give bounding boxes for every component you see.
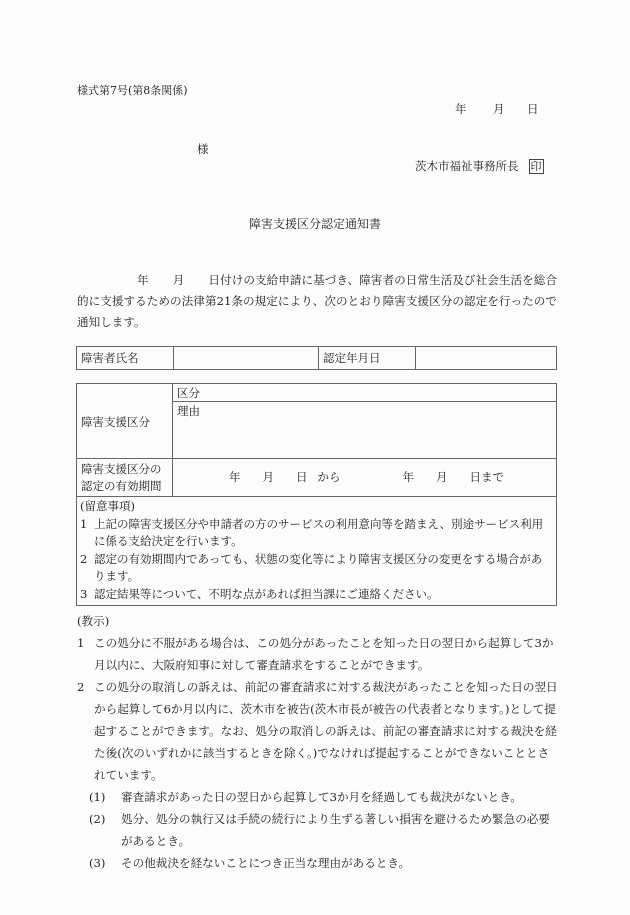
kubun-label: 区分 — [177, 386, 200, 400]
from-year: 年 — [229, 470, 241, 484]
subitem-text: 審査請求があった日の翌日から起算して3か月を経過しても裁決がないとき。 — [121, 790, 522, 804]
issue-date: 年月日 — [455, 104, 539, 116]
kubun-cell[interactable]: 区分 — [173, 384, 557, 402]
note-number: 1 — [80, 516, 94, 534]
instruction-item: 1この処分に不服がある場合は、この処分があったことを知った日の翌日から起算して3… — [77, 632, 559, 676]
subitem-number: (3) — [89, 852, 121, 874]
document-title: 障害支援区分認定通知書 — [0, 218, 630, 230]
notes-section: (留意事項) 1上記の障害支援区分や申請者の方のサービスの利用意向等を踏まえ、別… — [77, 497, 557, 606]
date-month: 月 — [493, 104, 527, 116]
category-label: 障害支援区分 — [77, 384, 173, 459]
intro-text: 日付けの支給申請に基づき、障害者の日常生活及び社会生活を総合的に支援するための法… — [77, 273, 557, 329]
date-year: 年 — [455, 104, 493, 116]
instruction-subitem: (1)審査請求があった日の翌日から起算して3か月を経過しても裁決がないとき。 — [77, 786, 559, 808]
note-item: 3認定結果等について、不明な点があれば担当課にご連絡ください。 — [80, 586, 553, 604]
name-value[interactable] — [174, 347, 319, 370]
intro-year: 年 — [137, 273, 149, 287]
instruction-text: この処分の取消しの訴えは、前記の審査請求に対する裁決があったことを知った日の翌日… — [94, 680, 558, 782]
intro-paragraph: 年月日付けの支給申請に基づき、障害者の日常生活及び社会生活を総合的に支援するため… — [77, 270, 557, 333]
instruction-text: この処分に不服がある場合は、この処分があったことを知った日の翌日から起算して3か… — [94, 636, 553, 672]
subitem-number: (2) — [89, 808, 121, 830]
note-text: 認定の有効期間内であっても、状態の変化等により障害支援区分の変更をする場合があり… — [94, 552, 542, 584]
reason-label: 理由 — [177, 404, 200, 418]
instruction-section: (教示) 1この処分に不服がある場合は、この処分があったことを知った日の翌日から… — [77, 610, 559, 874]
period-value[interactable]: 年月日から年月日まで — [173, 459, 557, 497]
support-category-table: 障害支援区分 区分 理由 障害支援区分の認定の有効期間 年月日から年月日まで (… — [76, 383, 557, 606]
certification-date-label: 認定年月日 — [319, 347, 416, 370]
from-word: から — [318, 470, 341, 484]
subitem-text: 処分、処分の執行又は手続の続行により生ずる著しい損害を避けるため緊急の必要がある… — [121, 812, 550, 848]
period-label: 障害支援区分の認定の有効期間 — [77, 459, 173, 497]
date-day: 日 — [527, 104, 539, 116]
to-year: 年 — [403, 470, 415, 484]
notes-title: (留意事項) — [80, 498, 553, 516]
note-text: 認定結果等について、不明な点があれば担当課にご連絡ください。 — [94, 587, 439, 601]
form-number: 様式第7号(第8条関係) — [77, 85, 188, 96]
instruction-subitem: (2)処分、処分の執行又は手続の続行により生ずる著しい損害を避けるため緊急の必要… — [77, 808, 559, 852]
from-day: 日 — [296, 470, 308, 484]
instruction-number: 1 — [77, 632, 94, 654]
note-item: 2認定の有効期間内であっても、状態の変化等により障害支援区分の変更をする場合があ… — [80, 551, 553, 586]
reason-cell[interactable]: 理由 — [173, 402, 557, 459]
applicant-table: 障害者氏名 認定年月日 — [76, 346, 557, 370]
issuer: 茨木市福祉事務所長印 — [415, 159, 544, 174]
period-label-line2: 認定の有効期間 — [81, 479, 162, 493]
name-label: 障害者氏名 — [77, 347, 174, 370]
note-text: 上記の障害支援区分や申請者の方のサービスの利用意向等を踏まえ、別途サービス利用に… — [94, 517, 543, 549]
seal-stamp-icon: 印 — [529, 159, 544, 174]
note-number: 3 — [80, 586, 94, 604]
period-label-line1: 障害支援区分の — [81, 462, 162, 476]
certification-date-value[interactable] — [416, 347, 557, 370]
instruction-number: 2 — [77, 676, 94, 698]
from-month: 月 — [263, 470, 275, 484]
subitem-text: その他裁決を経ないことにつき正当な理由があるとき。 — [121, 856, 410, 870]
note-number: 2 — [80, 551, 94, 569]
instruction-item: 2この処分の取消しの訴えは、前記の審査請求に対する裁決があったことを知った日の翌… — [77, 676, 559, 786]
subitem-number: (1) — [89, 786, 121, 808]
note-item: 1上記の障害支援区分や申請者の方のサービスの利用意向等を踏まえ、別途サービス利用… — [80, 516, 553, 551]
recipient-suffix: 様 — [197, 144, 209, 156]
to-month: 月 — [436, 470, 448, 484]
instruction-title: (教示) — [77, 610, 559, 632]
intro-month: 月 — [173, 273, 185, 287]
issuer-name: 茨木市福祉事務所長 — [415, 159, 519, 173]
to-day: 日まで — [470, 470, 505, 484]
instruction-subitem: (3)その他裁決を経ないことにつき正当な理由があるとき。 — [77, 852, 559, 874]
